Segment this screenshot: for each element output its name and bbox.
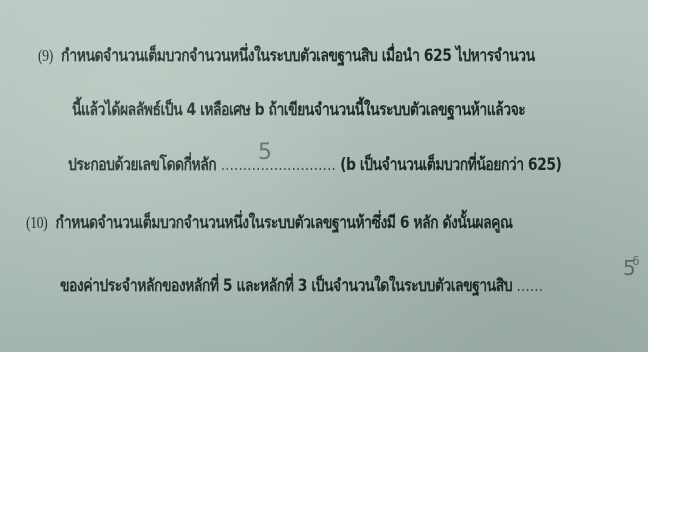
question-10-handwritten-superscript: 6 <box>632 254 640 268</box>
question-10-number: (10) <box>26 213 47 232</box>
question-9-answer-blank[interactable]: .......................... <box>221 155 336 175</box>
question-9-line-3: ประกอบด้วยเลขโดดกี่หลัก ................… <box>68 151 561 178</box>
question-10-text-2: ของค่าประจำหลักของหลักที่ 5 และหลักที่ 3… <box>60 276 512 296</box>
question-9-line-2: นี้แล้วได้ผลลัพธ์เป็น 4 เหลือเศษ b ถ้าเข… <box>72 96 525 123</box>
question-9-text-1: กำหนดจำนวนเต็มบวกจำนวนหนึ่งในระบบตัวเลขฐ… <box>61 46 535 66</box>
question-9-note: (b เป็นจำนวนเต็มบวกที่น้อยกว่า 625) <box>340 155 561 175</box>
question-9-text-2: นี้แล้วได้ผลลัพธ์เป็น 4 เหลือเศษ b ถ้าเข… <box>72 100 525 120</box>
question-10-answer-blank[interactable]: ...... <box>516 276 543 296</box>
question-9-handwritten-answer: 5 <box>258 140 272 165</box>
worksheet-photo: (9)กำหนดจำนวนเต็มบวกจำนวนหนึ่งในระบบตัวเ… <box>0 0 648 352</box>
question-10-line-1: (10)กำหนดจำนวนเต็มบวกจำนวนหนึ่งในระบบตัว… <box>26 209 512 236</box>
question-9-number: (9) <box>38 46 53 65</box>
question-9-text-3: ประกอบด้วยเลขโดดกี่หลัก <box>68 155 216 175</box>
question-10-line-2: ของค่าประจำหลักของหลักที่ 5 และหลักที่ 3… <box>60 272 543 299</box>
question-10-text-1: กำหนดจำนวนเต็มบวกจำนวนหนึ่งในระบบตัวเลขฐ… <box>55 213 512 233</box>
question-9-line-1: (9)กำหนดจำนวนเต็มบวกจำนวนหนึ่งในระบบตัวเ… <box>38 42 535 69</box>
